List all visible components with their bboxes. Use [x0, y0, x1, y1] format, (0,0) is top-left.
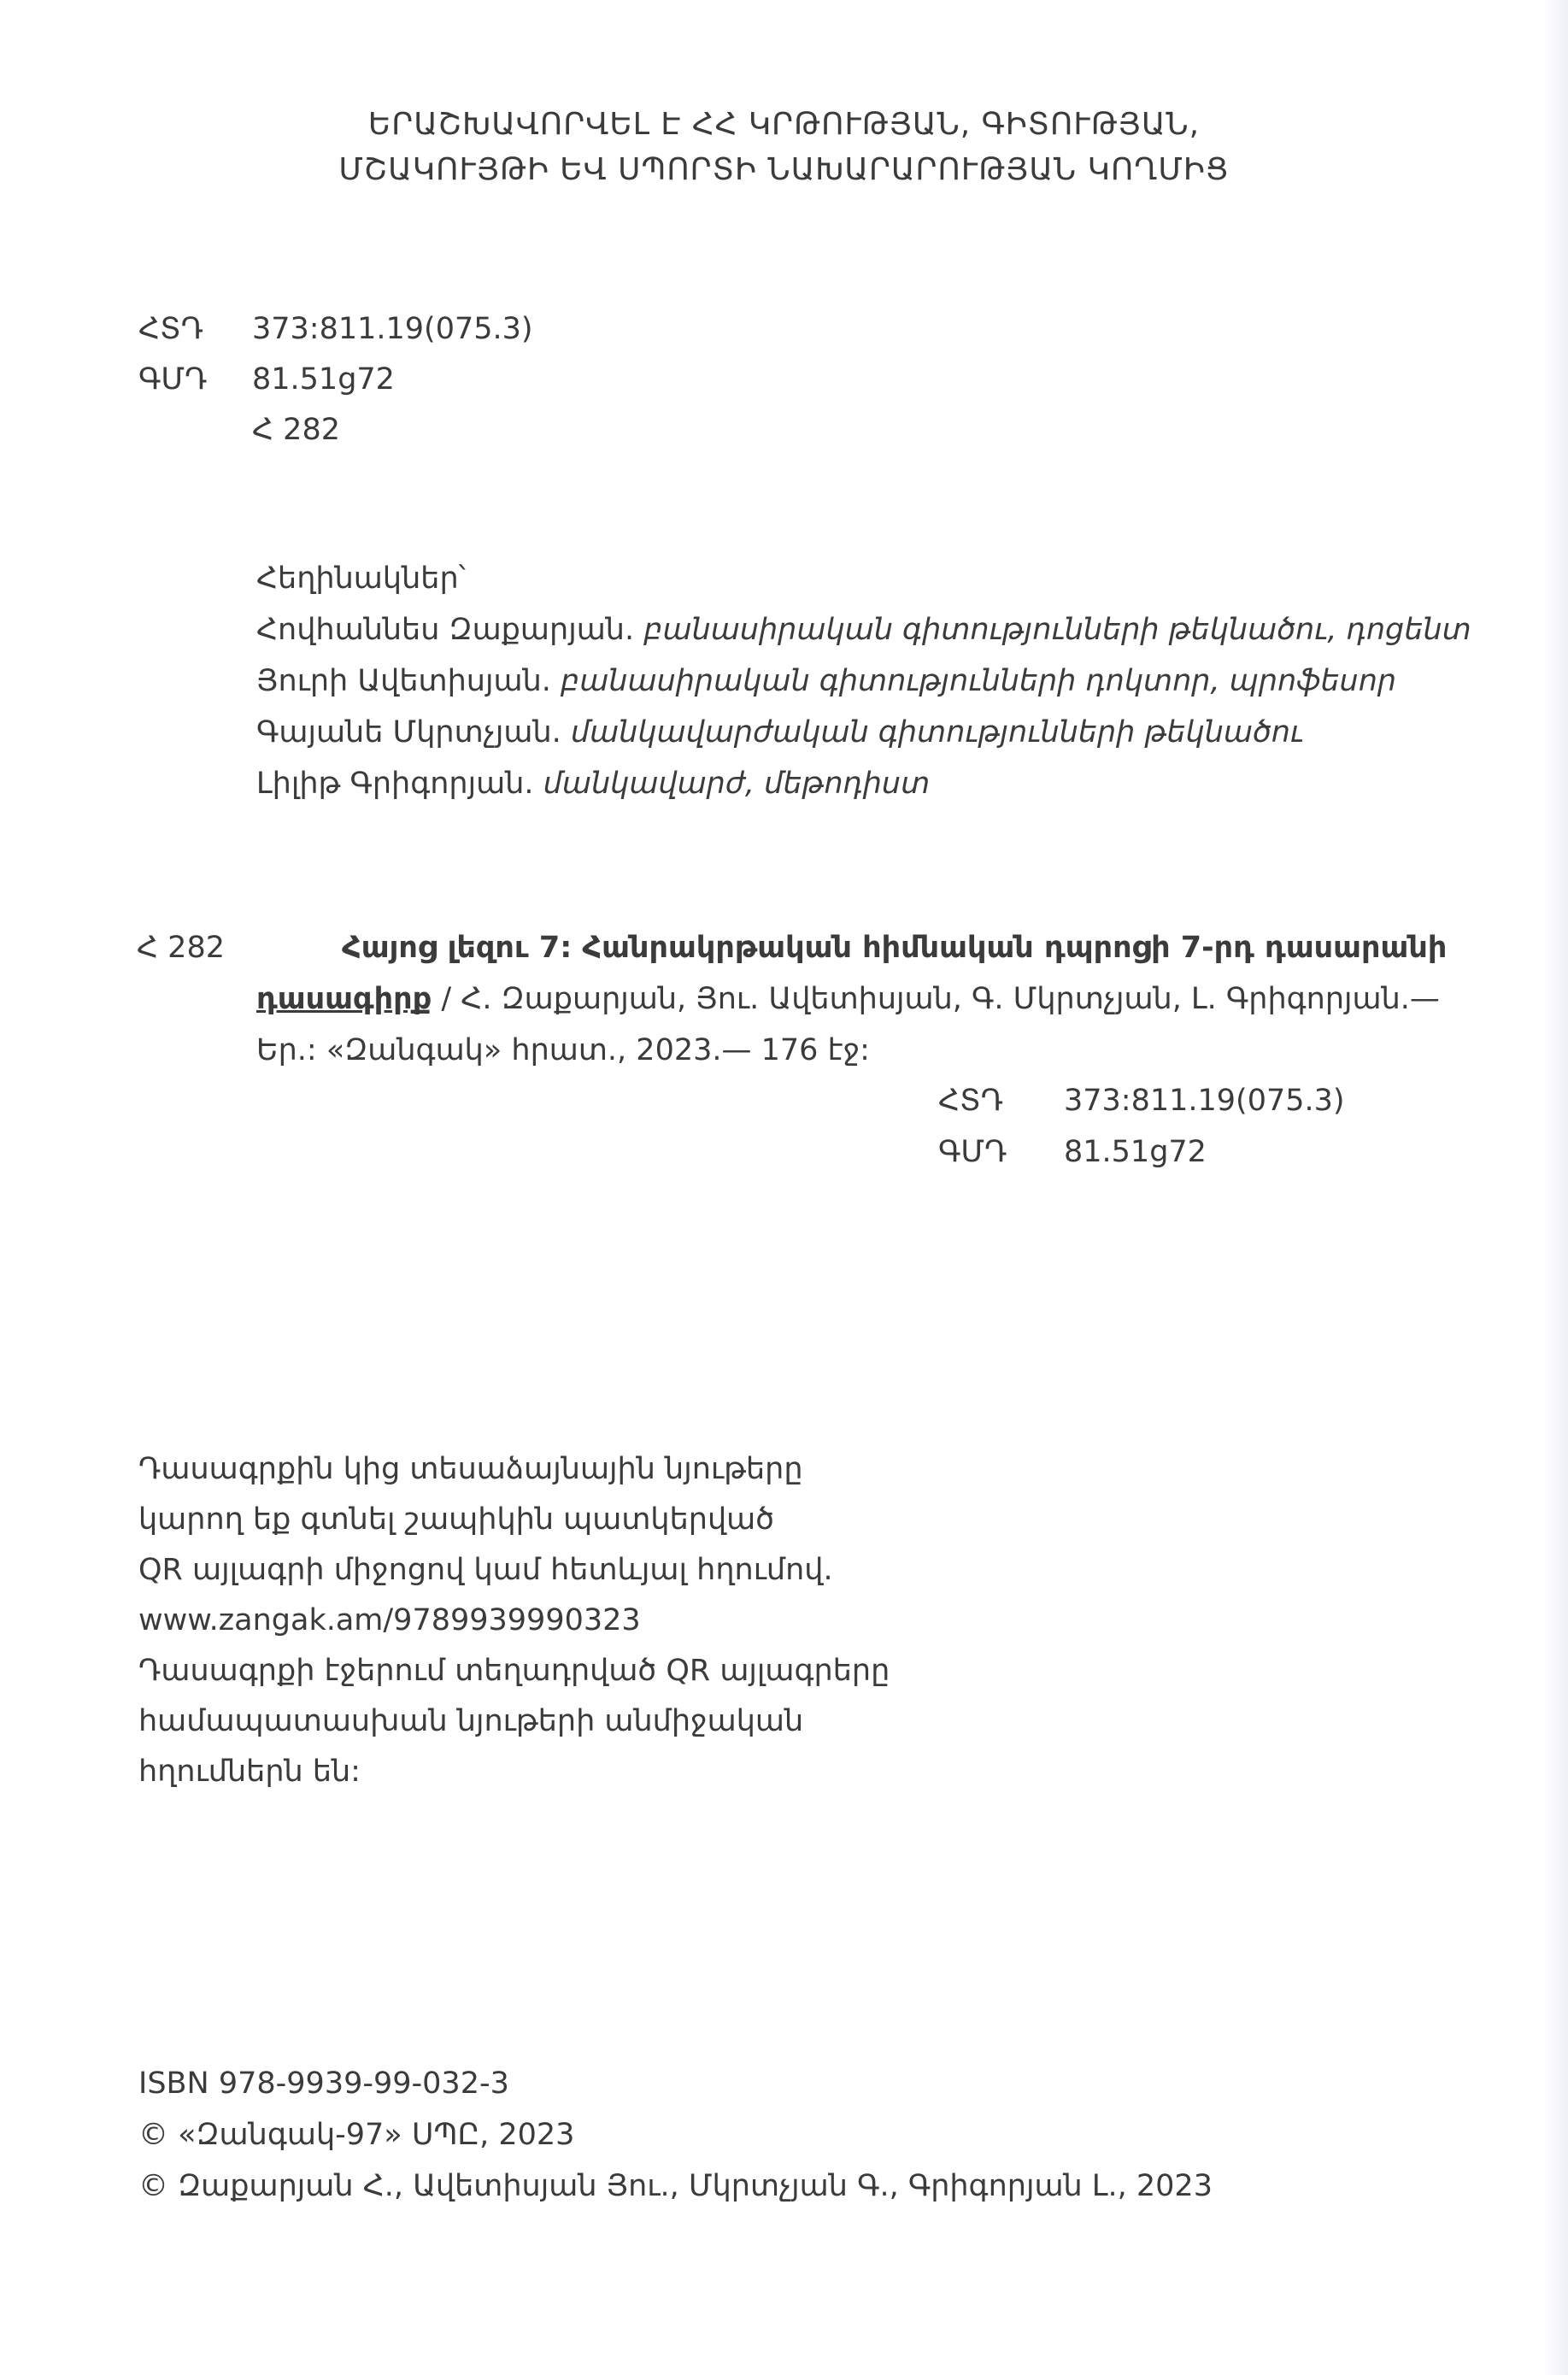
author-name: Գայանե Մկրտչյան.: [256, 715, 561, 750]
authors-heading: Հեղինակներ՝: [256, 564, 466, 594]
qr-notice-line: QR այլագրի միջոցով կամ հետևյալ հղումով.: [138, 1555, 833, 1585]
author-name: Հովհաննես Զաքարյան.: [256, 613, 634, 647]
author-entry: Հովհաննես Զաքարյան. բանասիրական գիտությո…: [256, 615, 1471, 645]
resource-url-link[interactable]: www.zangak.am/9789939990323: [138, 1606, 641, 1636]
catalog-udc-value: 373:811.19(075.3): [1064, 1086, 1345, 1116]
copyright-authors: © Զաքարյան Հ., Ավետիսյան Յու., Մկրտչյան …: [138, 2172, 1213, 2202]
author-name: Յուրի Ավետիսյան.: [256, 664, 551, 698]
catalog-line-2: դասագիրք / Հ. Զաքարյան, Յու. Ավետիսյան, …: [256, 985, 1440, 1014]
book-title: Հայոց լեզու 7: Հանրակրթական հիմնական դպր…: [342, 933, 1447, 963]
udc-value: 373:811.19(075.3): [252, 315, 533, 344]
copyright-publisher: © «Զանգակ-97» ՍՊԸ, 2023: [138, 2120, 574, 2150]
page-edge-shadow: [1542, 0, 1568, 2375]
imprint: Եր.: «Զանգակ» հրատ., 2023.— 176 էջ:: [256, 1036, 870, 1066]
catalog-mark: Հ 282: [137, 933, 225, 963]
catalog-bbk-value: 81.51g72: [1064, 1138, 1207, 1167]
qr-notice-line: կարող եք գտնել շապիկին պատկերված: [138, 1505, 774, 1535]
bbk-value: 81.51g72: [252, 365, 395, 395]
approval-header-line-2: ՄՇԱԿՈՒՅԹԻ ԵՎ ՍՊՈՐՏԻ ՆԱԽԱՐԱՐՈՒԹՅԱՆ ԿՈՂՄԻՑ: [0, 155, 1568, 185]
qr-notice-line: Դասագրքի էջերում տեղադրված QR այլագրերը: [138, 1656, 890, 1686]
author-title: բանասիրական գիտությունների դոկտոր, պրոֆե…: [561, 664, 1396, 698]
isbn: ISBN 978-9939-99-032-3: [138, 2069, 509, 2099]
author-entry: Գայանե Մկրտչյան. մանկավարժական գիտությու…: [256, 718, 1303, 748]
bbk-label: ԳՄԴ: [138, 365, 207, 395]
author-title: մանկավարժ, մեթոդիստ: [543, 767, 931, 801]
author-entry: Յուրի Ավետիսյան. բանասիրական գիտությունն…: [256, 667, 1396, 697]
author-name: Լիլիթ Գրիգորյան.: [256, 767, 534, 801]
catalog-udc-label: ՀՏԴ: [938, 1086, 1003, 1116]
qr-notice-line: հղումներն են:: [138, 1757, 361, 1787]
qr-notice-line: համապատասխան նյութերի անմիջական: [138, 1707, 803, 1737]
author-entry: Լիլիթ Գրիգորյան. մանկավարժ, մեթոդիստ: [256, 769, 930, 799]
catalog-bbk-label: ԳՄԴ: [938, 1138, 1007, 1167]
approval-header-line-1: ԵՐԱՇԽԱՎՈՐՎԵԼ Է ՀՀ ԿՐԹՈՒԹՅԱՆ, ԳԻՏՈՒԹՅԱՆ,: [0, 109, 1568, 140]
statement-of-responsibility: / Հ. Զաքարյան, Յու. Ավետիսյան, Գ. Մկրտչյ…: [432, 982, 1440, 1016]
udc-label: ՀՏԴ: [138, 315, 203, 344]
author-title: մանկավարժական գիտությունների թեկնածու: [571, 715, 1303, 750]
book-title-continued: դասագիրք: [256, 982, 432, 1016]
author-mark: Հ 282: [252, 415, 340, 445]
author-title: բանասիրական գիտությունների թեկնածու, դոց…: [643, 613, 1471, 647]
qr-notice-line: Դասագրքին կից տեսաձայնային նյութերը: [138, 1455, 803, 1484]
